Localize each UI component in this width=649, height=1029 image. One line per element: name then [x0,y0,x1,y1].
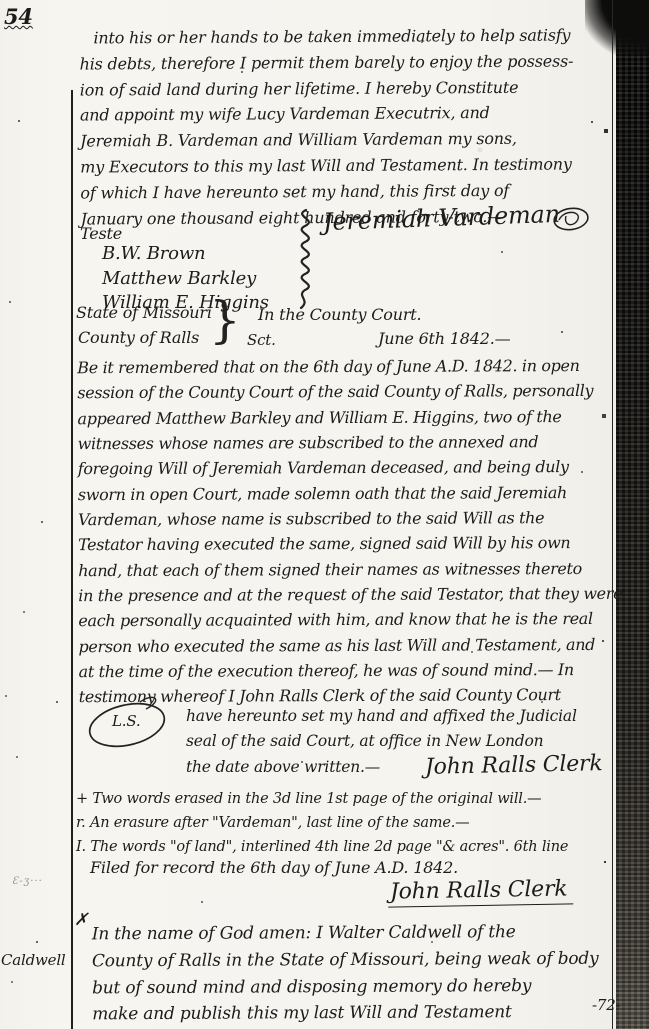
teste-label: Teste [80,224,122,243]
jurisdiction-brace: } [209,294,241,346]
caldwell-line: County of Ralls in the State of Missouri… [92,945,599,974]
witness-name: B.W. Brown [102,242,269,267]
probate-line: Testator having executed the same, signe… [78,530,622,558]
probate-line: in the presence and at the request of th… [78,581,622,609]
vardeman-will-paragraph: into his or her hands to be taken immedi… [79,22,574,231]
probate-paragraph: Be it remembered that on the 6th day of … [77,353,622,710]
seal-scribble-icon [550,204,592,234]
probate-line: hand, that each of them signed their nam… [78,556,622,584]
will-line: into his or her hands to be taken immedi… [79,22,573,51]
jurisdiction-state: State of Missouri [76,303,212,322]
paper-speckles [0,0,2,2]
scan-corner-blot [585,0,649,56]
note-line: I. The words "of land", interlined 4th l… [76,836,568,860]
note-line: r. An erasure after "Vardeman", last lin… [76,812,568,836]
erasure-notes: + Two words erased in the 3d line 1st pa… [76,788,568,859]
will-line: and appoint my wife Lucy Vardeman Execut… [80,100,574,129]
ls-seal-text: L.S. [112,712,140,730]
page-number-bottom: -72- [592,996,620,1014]
note-line: + Two words erased in the 3d line 1st pa… [76,788,568,812]
clerk-line: have hereunto set my hand and affixed th… [186,704,577,729]
section-cross-mark: ✗ [74,910,88,930]
probate-line: Be it remembered that on the 6th day of … [77,353,621,381]
margin-note-caldwell: Caldwell [1,951,66,969]
will-line: ion of said land during her lifetime. I … [80,74,574,103]
caldwell-line: but of sound mind and disposing memory d… [92,972,599,1001]
caldwell-line: make and publish this my last Will and T… [92,999,599,1028]
probate-line: foregoing Will of Jeremiah Vardeman dece… [78,454,622,482]
probate-line: sworn in open Court, made solemn oath th… [78,480,622,508]
will-line: my Executors to this my last Will and Te… [80,151,574,180]
caldwell-will-paragraph: In the name of God amen: I Walter Caldwe… [92,919,599,1029]
probate-line: witnesses whose names are subscribed to … [78,429,622,457]
court-date: June 6th 1842.— [378,329,510,348]
clerk-line: seal of the said Court, at office in New… [186,729,577,754]
witness-brace-squiggle [291,208,317,310]
jurisdiction-county: County of Ralls [78,328,199,347]
filed-for-record-line: Filed for record the 6th day of June A.D… [90,858,458,877]
probate-line: person who executed the same as his last… [78,632,622,660]
page-number-top: 54 [4,4,33,29]
faint-margin-mark: Ɛ-ʒ··· [12,876,43,887]
probate-line: appeared Matthew Barkley and William E. … [77,404,621,432]
probate-line: each personally acquainted with him, and… [78,606,622,634]
witness-name: Matthew Barkley [102,267,269,292]
probate-line: at the time of the execution thereof, he… [79,657,623,685]
sct-abbreviation: Sct. [247,331,276,349]
will-line: Jeremiah B. Vardeman and William Vardema… [80,126,574,155]
scanned-will-page: 54 -72- into his or her hands to be take… [0,0,649,1029]
will-line: his debts, therefore I permit them barel… [80,48,574,77]
probate-line: Vardeman, whose name is subscribed to th… [78,505,622,533]
left-margin-rule [71,90,73,1029]
probate-line: session of the County Court of the said … [77,378,621,406]
court-heading: In the County Court. [258,305,421,324]
caldwell-line: In the name of God amen: I Walter Caldwe… [92,919,599,948]
clerk-signature-filed: John Ralls Clerk [388,876,574,907]
clerk-signature: John Ralls Clerk [425,751,603,780]
